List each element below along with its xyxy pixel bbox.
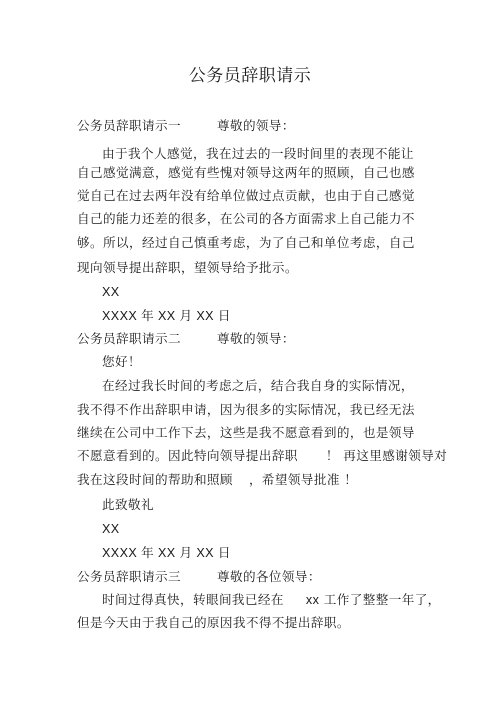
signature: XX [102, 520, 120, 538]
greeting: 您好！ [102, 353, 141, 371]
closing: 此致敬礼 [102, 496, 154, 514]
text-fragment: 不愿意看到的。因此特向领导提出辞职 [77, 448, 298, 463]
paragraph-line: 继续在公司中工作下去，这些是我不愿意看到的，也是领导 [77, 424, 415, 442]
section-1-heading-line: 公务员辞职请示一尊敬的领导： [77, 117, 295, 135]
text-fragment: ！ 再这里感谢领导对 [326, 448, 447, 463]
text-fragment: 我在这段时间的帮助和照顾 [77, 472, 233, 487]
paragraph-line-split: 时间过得真快，转眼间我已经在xx 工作了整整一年了， [102, 591, 441, 609]
paragraph-line: 我不得不作出辞职申请，因为很多的实际情况，我已经无法 [77, 401, 415, 419]
section-heading: 公务员辞职请示二 [77, 331, 181, 346]
paragraph-line: 在经过我长时间的考虑之后，结合我自身的实际情况， [102, 377, 414, 395]
paragraph-line: 够。所以，经过自己慎重考虑，为了自己和单位考虑，自己 [77, 234, 415, 252]
paragraph-line-split: 不愿意看到的。因此特向领导提出辞职！ 再这里感谢领导对 [77, 447, 447, 465]
text-fragment: 时间过得真快，转眼间我已经在 [102, 592, 284, 607]
salutation: 尊敬的各位领导： [217, 569, 321, 584]
date: XXXX 年 XX 月 XX 日 [102, 307, 231, 325]
section-2-heading-line: 公务员辞职请示二尊敬的领导： [77, 330, 295, 348]
document-title: 公务员辞职请示 [0, 64, 500, 88]
date: XXXX 年 XX 月 XX 日 [102, 544, 231, 562]
section-3-heading-line: 公务员辞职请示三尊敬的各位领导： [77, 568, 321, 586]
paragraph-line: 但是今天由于我自己的原因我不得不提出辞职。 [77, 614, 350, 632]
paragraph-line: 由于我个人感觉，我在过去的一段时间里的表现不能让 [102, 145, 414, 163]
document-page: 公务员辞职请示 公务员辞职请示一尊敬的领导： 由于我个人感觉，我在过去的一段时间… [0, 0, 500, 708]
paragraph-line: 自己的能力还差的很多，在公司的各方面需求上自己能力不 [77, 210, 415, 228]
salutation: 尊敬的领导： [217, 331, 295, 346]
section-heading: 公务员辞职请示三 [77, 569, 181, 584]
paragraph-line-split: 我在这段时间的帮助和照顾，希望领导批准 ！ [77, 471, 357, 489]
paragraph-line: 自己感觉满意，感觉有些愧对领导这两年的照顾，自己也感 [77, 164, 415, 182]
text-fragment: ，希望领导批准 ！ [249, 472, 357, 487]
text-fragment: 工作了整整一年了， [324, 592, 441, 607]
paragraph-line: 现向领导提出辞职，望领导给予批示。 [77, 259, 298, 277]
section-heading: 公务员辞职请示一 [77, 118, 181, 133]
placeholder-xx: xx [306, 593, 319, 607]
signature: XX [102, 283, 120, 301]
paragraph-line: 觉自己在过去两年没有给单位做过点贡献，也由于自己感觉 [77, 187, 415, 205]
salutation: 尊敬的领导： [217, 118, 295, 133]
